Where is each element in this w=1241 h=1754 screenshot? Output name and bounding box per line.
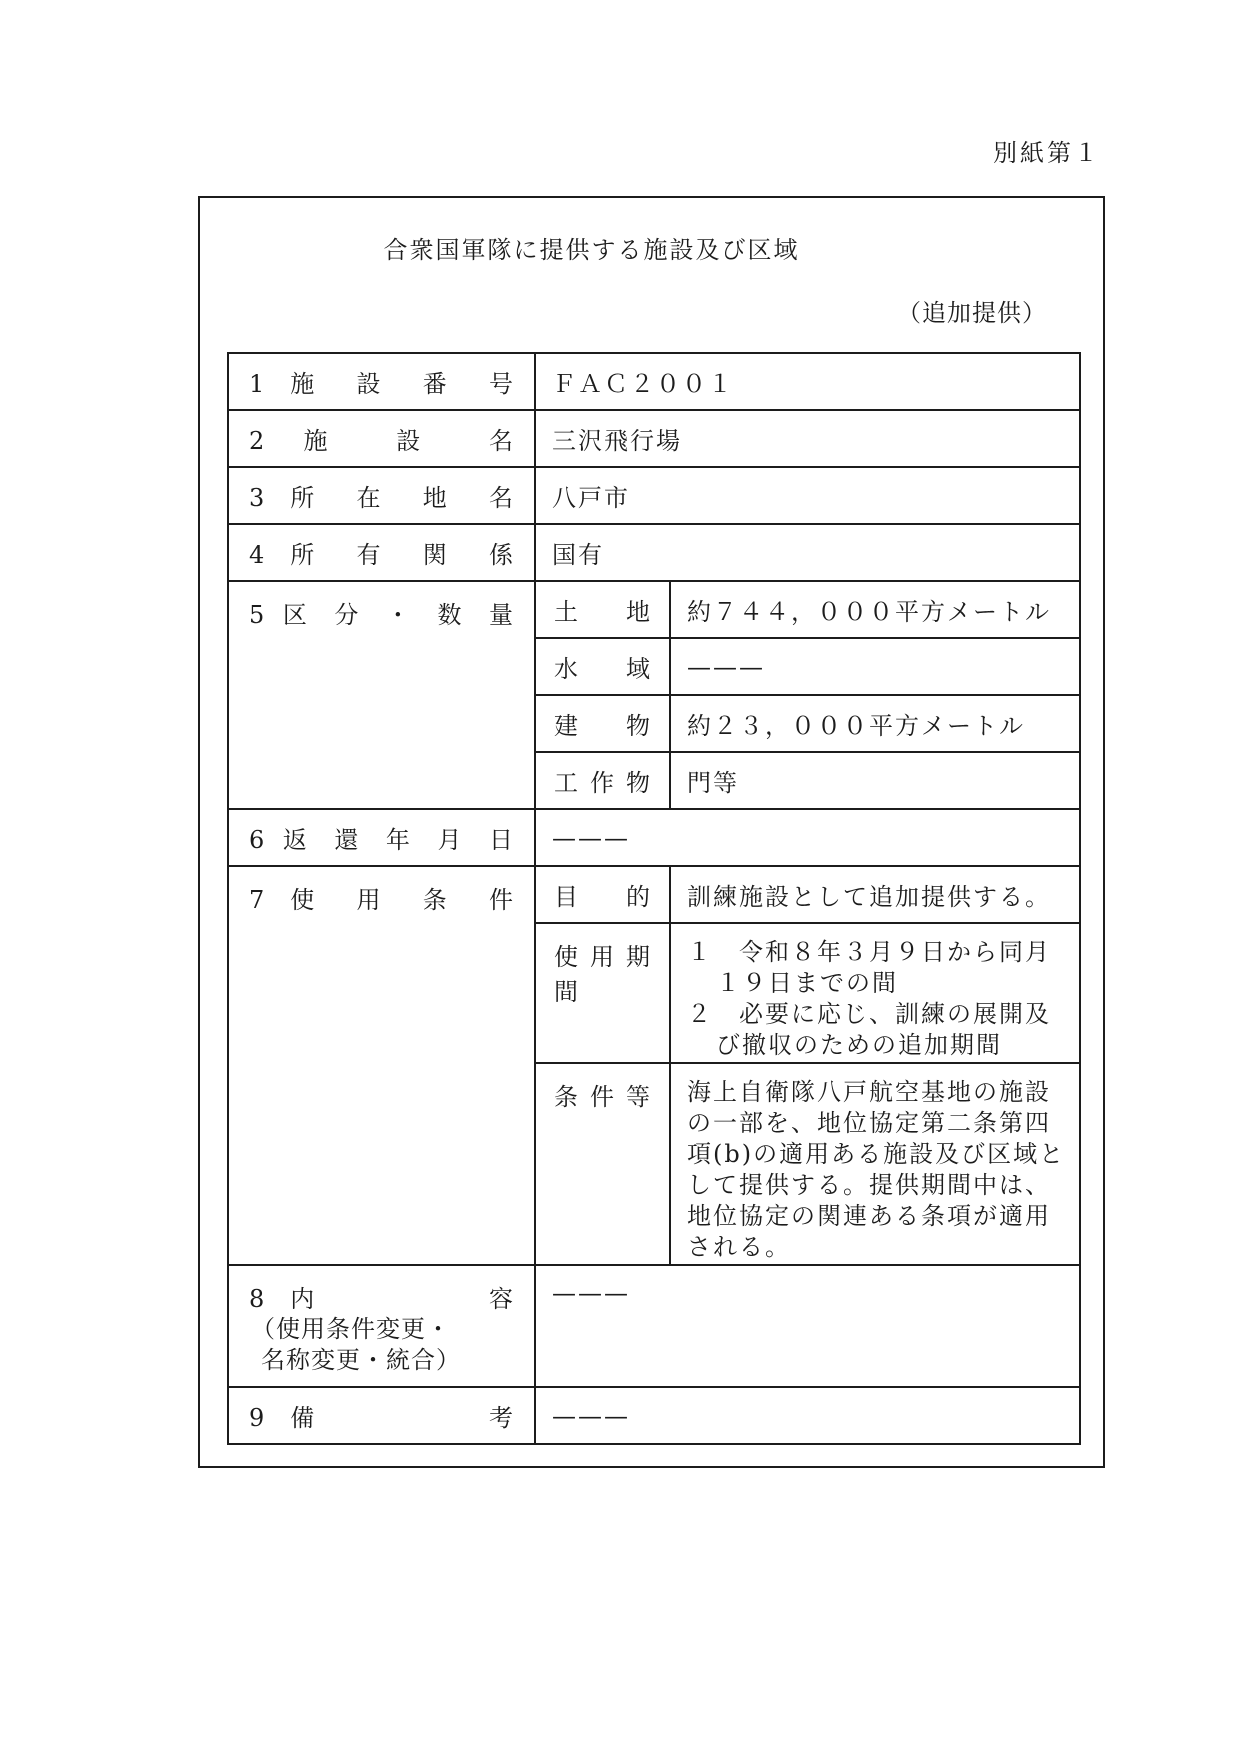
purpose-value: 訓練施設として追加提供する。 [670,866,1080,923]
document-frame: 合衆国軍隊に提供する施設及び区域 （追加提供） 1 施 設 番 号 ＦＡＣ２００… [198,196,1105,1468]
building-label: 建 物 [535,695,670,752]
land-value: 約７４４，０００平方メートル [670,581,1080,638]
usage-period-label: 使用期間 [535,923,670,1063]
structure-value: 門等 [670,752,1080,809]
content-label: 8 内 容 （使用条件変更・ 名称変更・統合） [228,1265,535,1387]
usage-period-line: １ 令和８年３月９日から同月 [687,937,1073,968]
content-value: ——— [535,1265,1080,1387]
usage-period-line: １９日までの間 [687,968,1073,999]
ownership-label: 4 所 有 関 係 [228,524,535,581]
document-subtitle: （追加提供） [200,293,1103,328]
land-label: 土 地 [535,581,670,638]
conditions-line: して提供する。提供期間中は、 [687,1170,1073,1201]
row-location: 3 所 在 地 名 八戸市 [228,467,1080,524]
return-date-label: 6 返 還 年 月 日 [228,809,535,866]
row-category-land: 5 区 分 ・ 数 量 土 地 約７４４，０００平方メートル [228,581,1080,638]
usage-conditions-label: 7 使 用 条 件 [228,866,535,1265]
remarks-value: ——— [535,1387,1080,1444]
conditions-label: 条 件 等 [535,1063,670,1265]
remarks-label: 9 備 考 [228,1387,535,1444]
purpose-label: 目 的 [535,866,670,923]
location-value: 八戸市 [535,467,1080,524]
sheet-label: 別紙第１ [993,133,1101,168]
document-title: 合衆国軍隊に提供する施設及び区域 [200,230,1103,265]
conditions-line: の一部を、地位協定第二条第四 [687,1108,1073,1139]
water-area-label: 水 域 [535,638,670,695]
content-label-note: （使用条件変更・ [251,1314,514,1345]
facility-name-label: 2 施 設 名 [228,410,535,467]
facility-number-label: 1 施 設 番 号 [228,353,535,410]
content-label-note: 名称変更・統合） [261,1345,514,1376]
content-label-line: 8 内 容 [249,1279,514,1314]
ownership-value: 国有 [535,524,1080,581]
facility-number-value: ＦＡＣ２００１ [535,353,1080,410]
row-return-date: 6 返 還 年 月 日 ——— [228,809,1080,866]
row-remarks: 9 備 考 ——— [228,1387,1080,1444]
conditions-line: 地位協定の関連ある条項が適用 [687,1201,1073,1232]
row-content: 8 内 容 （使用条件変更・ 名称変更・統合） ——— [228,1265,1080,1387]
conditions-value: 海上自衛隊八戸航空基地の施設 の一部を、地位協定第二条第四 項(b)の適用ある施… [670,1063,1080,1265]
usage-period-line: び撤収のための追加期間 [687,1030,1073,1061]
water-area-value: ——— [670,638,1080,695]
row-facility-number: 1 施 設 番 号 ＦＡＣ２００１ [228,353,1080,410]
usage-period-line: ２ 必要に応じ、訓練の展開及 [687,999,1073,1030]
structure-label: 工 作 物 [535,752,670,809]
building-value: 約２３，０００平方メートル [670,695,1080,752]
location-label: 3 所 在 地 名 [228,467,535,524]
usage-period-value: １ 令和８年３月９日から同月 １９日までの間 ２ 必要に応じ、訓練の展開及 び撤… [670,923,1080,1063]
conditions-line: される。 [687,1232,1073,1263]
conditions-line: 海上自衛隊八戸航空基地の施設 [687,1077,1073,1108]
category-quantity-label: 5 区 分 ・ 数 量 [228,581,535,809]
return-date-value: ——— [535,809,1080,866]
conditions-line: 項(b)の適用ある施設及び区域と [687,1139,1073,1170]
row-usage-purpose: 7 使 用 条 件 目 的 訓練施設として追加提供する。 [228,866,1080,923]
document-page: 別紙第１ 合衆国軍隊に提供する施設及び区域 （追加提供） 1 施 設 番 号 Ｆ… [0,0,1241,1754]
facility-name-value: 三沢飛行場 [535,410,1080,467]
row-facility-name: 2 施 設 名 三沢飛行場 [228,410,1080,467]
row-ownership: 4 所 有 関 係 国有 [228,524,1080,581]
facility-table: 1 施 設 番 号 ＦＡＣ２００１ 2 施 設 名 三沢飛行場 3 所 在 地 … [227,352,1081,1445]
